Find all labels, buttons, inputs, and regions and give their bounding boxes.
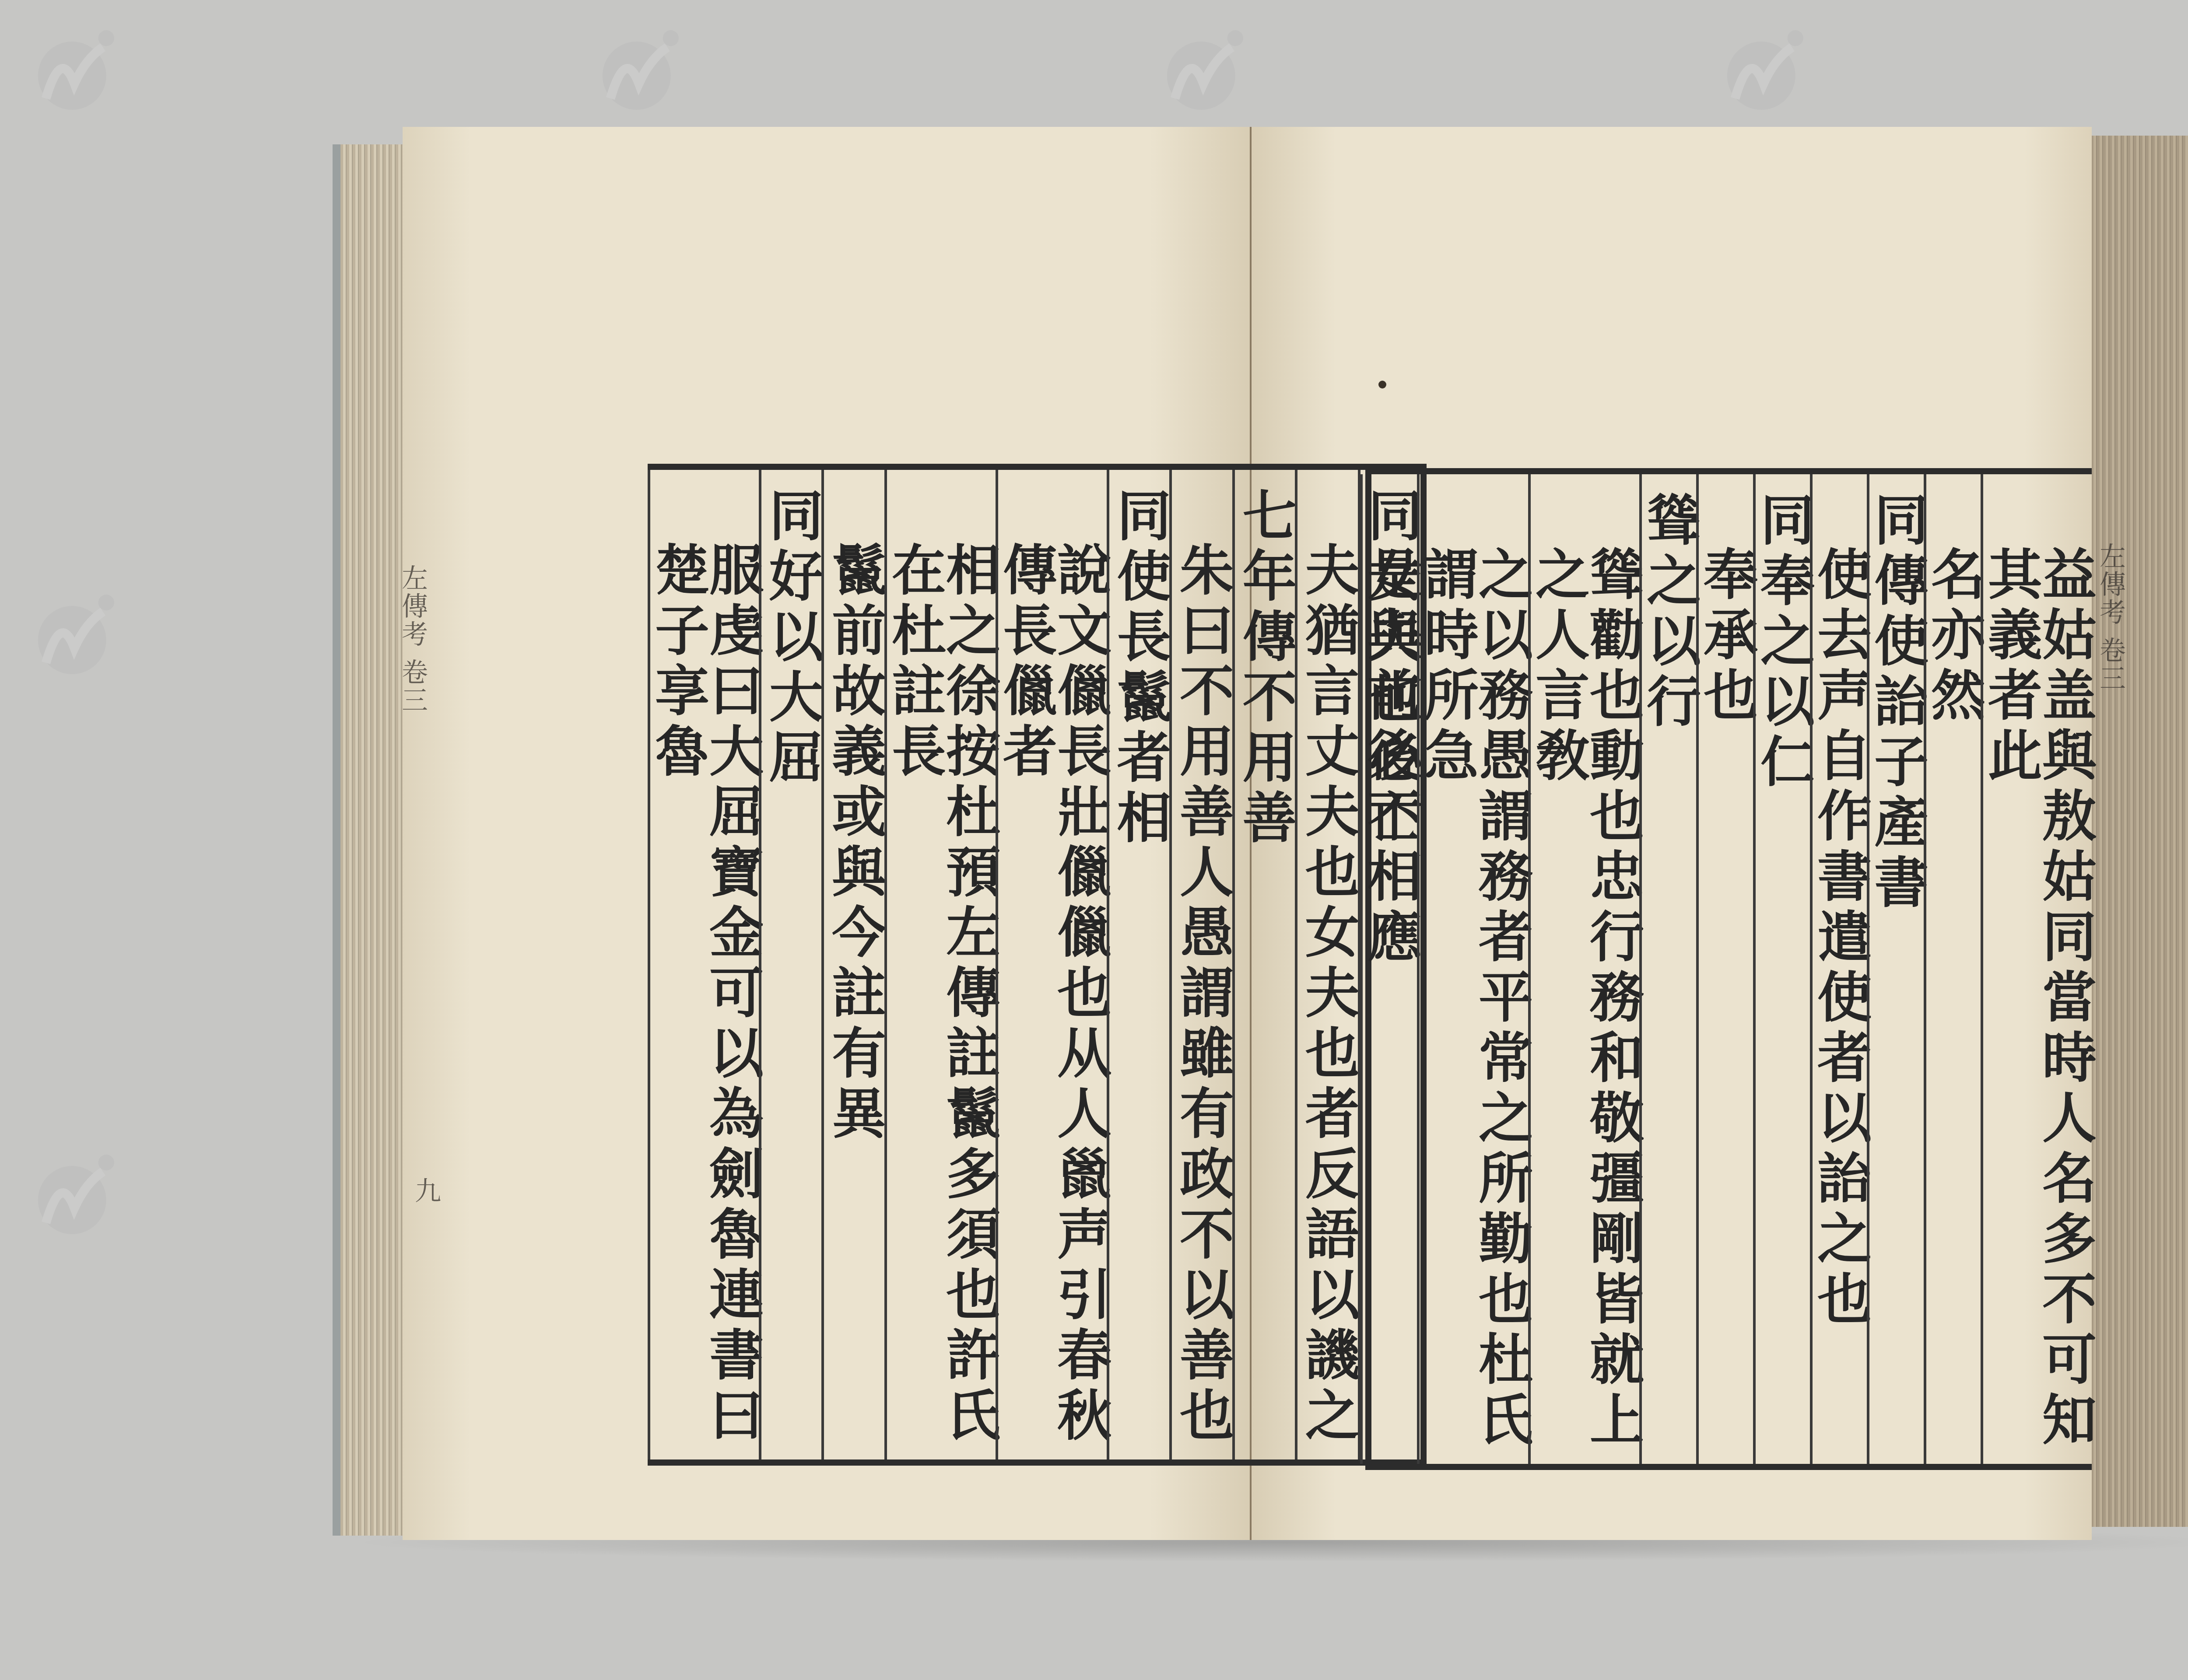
left-fore-edge-title: 左傳考 卷三	[394, 564, 431, 714]
text-column: 是與前後不相應	[1360, 474, 1417, 1464]
text-column: 聳勸也動也忠行務和敬彊剛皆就上之人言敎	[1528, 474, 1639, 1464]
text-column: 使去声自作書遣使者以詒之也	[1810, 474, 1867, 1464]
watermark-logo-icon	[582, 13, 696, 127]
column-text: 名亦然	[1926, 546, 1981, 727]
column-text: 聳之以行	[1642, 492, 1696, 733]
text-column: 夫猶言丈夫也女夫也者反語以譏之	[1295, 470, 1357, 1459]
text-column: 說文儠長壯儠儠也从人巤声引春秋傳長儠者	[996, 470, 1107, 1459]
column-text: 七年傳不用善	[1238, 487, 1292, 850]
column-text: 相之徐按杜預左傳註鬣多須也許氏在杜註長	[887, 542, 996, 1459]
left-page-stack	[333, 144, 410, 1536]
text-column: 七年傳不用善	[1232, 470, 1295, 1459]
text-column: 奉承也	[1696, 474, 1753, 1464]
watermark-logo-icon	[18, 13, 131, 127]
text-column: 益姑盖與敖姑同當時人名多不可知其義者此	[1981, 474, 2092, 1464]
left-fore-edge-page-number: 九	[407, 1177, 445, 1205]
column-text: 同使長鬣者相	[1112, 487, 1167, 850]
text-column: 名亦然	[1924, 474, 1981, 1464]
watermark-logo-icon	[18, 1137, 131, 1251]
column-text: 鬣前故義或與今註有異	[827, 542, 881, 1145]
column-text: 服虔曰大屈寶金可以為劍魯連書曰楚子享魯	[650, 542, 759, 1459]
left-text-frame: 同女夫也必亡 夫猶言丈夫也女夫也者反語以譏之 七年傳不用善 朱曰不用善人愚謂雖有…	[648, 464, 1427, 1466]
text-column: 同奉之以仁	[1753, 474, 1810, 1464]
watermark-logo-icon	[1147, 13, 1260, 127]
text-column: 鬣前故義或與今註有異	[821, 470, 884, 1459]
column-text: 說文儠長壯儠儠也从人巤声引春秋傳長儠者	[998, 542, 1107, 1459]
binding-hole	[1378, 381, 1386, 388]
watermark-logo-icon	[18, 577, 131, 691]
column-text: 之以務愚謂務者平常之所勤也杜氏謂時所急	[1420, 546, 1528, 1464]
watermark-logo-icon	[1707, 13, 1820, 127]
column-text: 朱曰不用善人愚謂雖有政不以善也	[1175, 542, 1229, 1447]
text-column: 服虔曰大屈寶金可以為劍魯連書曰楚子享魯	[648, 470, 759, 1459]
text-column: 之以務愚謂務者平常之所勤也杜氏謂時所急	[1417, 474, 1528, 1464]
text-column: 聳之以行	[1639, 474, 1696, 1464]
column-text: 是與前後不相應	[1363, 546, 1417, 969]
column-text: 益姑盖與敖姑同當時人名多不可知其義者此	[1983, 546, 2092, 1464]
text-column: 相之徐按杜預左傳註鬣多須也許氏在杜註長	[884, 470, 996, 1459]
text-column: 同好以大屈	[759, 470, 821, 1459]
column-text: 奉承也	[1699, 546, 1753, 727]
open-book: 左傳考 卷三 九 左傳考 卷三 同女夫也必亡 夫猶言丈夫也女夫也者反語以譏之 七…	[333, 127, 2188, 1553]
column-text: 聳勸也動也忠行務和敬彊剛皆就上之人言敎	[1531, 546, 1639, 1464]
column-text: 同好以大屈	[764, 487, 819, 789]
column-text: 同奉之以仁	[1756, 492, 1810, 794]
column-text: 夫猶言丈夫也女夫也者反語以譏之	[1301, 542, 1355, 1447]
text-column: 同使長鬣者相	[1107, 470, 1169, 1459]
column-text: 同傳使詒子產書	[1869, 492, 1924, 914]
text-column: 朱曰不用善人愚謂雖有政不以善也	[1169, 470, 1232, 1459]
right-text-frame: 益姑盖與敖姑同當時人名多不可知其義者此 名亦然 同傳使詒子產書 使去声自作書遣使…	[1365, 468, 2092, 1470]
text-column: 同傳使詒子產書	[1867, 474, 1924, 1464]
column-text: 使去声自作書遣使者以詒之也	[1813, 546, 1867, 1331]
right-fore-edge-title: 左傳考 卷三	[2092, 542, 2129, 693]
